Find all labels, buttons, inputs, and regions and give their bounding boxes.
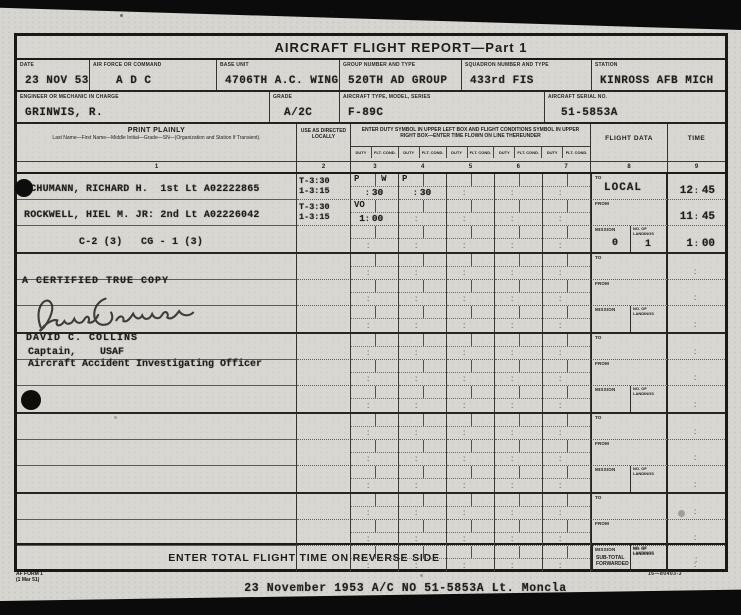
duty-cell <box>399 414 447 440</box>
time-column-header: TIME 9 <box>668 124 725 172</box>
field-date: DATE 23 NOV 53 <box>17 60 90 90</box>
duty-cell <box>495 414 543 440</box>
duty-cell <box>399 306 447 332</box>
group-value: 520TH AD GROUP <box>348 75 447 87</box>
duty-cell <box>543 226 591 252</box>
command-value: A D C <box>116 75 152 87</box>
field-serial-no: AIRCRAFT SERIAL NO. 51-5853A <box>545 92 725 122</box>
flight-data-mission-cell: MISSION NO. OF LANDINGS <box>591 466 668 492</box>
duty-cell <box>447 254 495 280</box>
mission-codes: C-2 (3) CG - 1 (3) <box>79 237 203 248</box>
subtotal-cell: SUB-TOTAL FORWARDED NO. OF LANDINGS <box>591 545 668 571</box>
landings-value: 1 <box>645 239 651 250</box>
local-cell: T-3:301-3:15 <box>297 174 351 200</box>
duty-cell <box>495 280 543 306</box>
local-cell <box>297 414 351 440</box>
crew-name-1: SCHUMANN, RICHARD H. 1st Lt A02222865 <box>24 184 260 195</box>
col-number-6: 6 <box>494 164 542 170</box>
duty-cell <box>495 440 543 466</box>
col-number-7: 7 <box>542 164 590 170</box>
duty-cell: P30 <box>399 174 447 200</box>
local-cell <box>297 306 351 332</box>
local-cell: T-3:301-3:15 <box>297 200 351 226</box>
duty-cell <box>351 386 399 412</box>
duty-cell <box>447 174 495 200</box>
field-group: GROUP NUMBER AND TYPE 520TH AD GROUP <box>340 60 462 90</box>
field-command: AIR FORCE OR COMMAND A D C <box>90 60 217 90</box>
duty-cell <box>495 306 543 332</box>
table-row: TO <box>17 414 725 440</box>
duty-cell <box>543 466 591 492</box>
local-column-header: USE AS DIRECTED LOCALLY 2 <box>297 124 351 172</box>
field-engineer: ENGINEER OR MECHANIC IN CHARGE GRINWIS, … <box>17 92 270 122</box>
ink-blot <box>15 179 33 197</box>
flight-data-mission-cell: MISSION NO. OF LANDINGS <box>591 386 668 412</box>
duty-cell <box>543 494 591 520</box>
duty-cond-subheader: DUTYFLT. COND. DUTYFLT. COND. DUTYFLT. C… <box>351 146 590 158</box>
col-number-9: 9 <box>668 164 725 170</box>
form-title-bar: AIRCRAFT FLIGHT REPORT—Part 1 <box>17 36 725 60</box>
header-field-row-2: ENGINEER OR MECHANIC IN CHARGE GRINWIS, … <box>17 92 725 124</box>
duty-cell <box>447 386 495 412</box>
duty-cell <box>351 414 399 440</box>
duty-cell <box>543 280 591 306</box>
mission-value: 0 <box>612 238 618 249</box>
duty-cell <box>447 306 495 332</box>
name-cell <box>17 440 297 466</box>
duty-cell <box>543 254 591 280</box>
time-cell <box>668 414 725 440</box>
duty-cell <box>351 226 399 252</box>
time-cell <box>668 280 725 306</box>
local-cell <box>297 386 351 412</box>
table-row: ROCKWELL, HIEL M. JR: 2nd Lt A02226042 T… <box>17 200 725 226</box>
duty-cell <box>399 226 447 252</box>
engineer-value: GRINWIS, R. <box>25 107 103 119</box>
col-number-4: 4 <box>399 164 447 170</box>
time-cell <box>668 494 725 520</box>
crew-name-2: ROCKWELL, HIEL M. JR: 2nd Lt A02226042 <box>24 210 260 221</box>
col-number-5: 5 <box>447 164 495 170</box>
table-row: TO <box>17 494 725 520</box>
names-column-header: PRINT PLAINLY Last Name—First Name—Middl… <box>17 124 297 172</box>
local-cell <box>297 466 351 492</box>
flight-data-from-cell: FROM <box>591 360 668 386</box>
field-grade: GRADE A/2C <box>270 92 340 122</box>
signature <box>29 285 220 336</box>
scan-border-top <box>0 0 741 30</box>
duty-cell <box>447 226 495 252</box>
time-cell <box>668 334 725 360</box>
duty-cell <box>543 520 591 546</box>
flight-block-1: SCHUMANN, RICHARD H. 1st Lt A02222865 T-… <box>17 174 725 252</box>
name-cell: ROCKWELL, HIEL M. JR: 2nd Lt A02226042 <box>17 200 297 226</box>
table-row: C-2 (3) CG - 1 (3) MISSION0 NO. OF LANDI… <box>17 226 725 252</box>
subtotal-time-cell <box>668 545 725 571</box>
certifier-rank: Captain, USAF <box>28 347 124 358</box>
duty-cell <box>543 174 591 200</box>
duty-cell <box>399 386 447 412</box>
name-cell <box>17 386 297 412</box>
duty-cell <box>399 254 447 280</box>
local-cell <box>297 334 351 360</box>
print-code: 16—80403-3 <box>648 571 682 577</box>
local-cell <box>297 440 351 466</box>
field-aircraft-type: AIRCRAFT TYPE, MODEL, SERIES F-89C <box>340 92 545 122</box>
field-base-unit: BASE UNIT 4706TH A.C. WING <box>217 60 340 90</box>
certifier-role: Aircraft Accident Investigating Officer <box>28 359 262 370</box>
table-row: MISSION NO. OF LANDINGS <box>17 386 725 412</box>
duty-cell <box>447 520 495 546</box>
name-cell: SCHUMANN, RICHARD H. 1st Lt A02222865 <box>17 174 297 200</box>
squadron-value: 433rd FIS <box>470 75 534 87</box>
time-cell <box>668 360 725 386</box>
duty-cell <box>543 414 591 440</box>
base-unit-value: 4706TH A.C. WING <box>225 75 339 87</box>
time-cell <box>668 466 725 492</box>
local-cell <box>297 494 351 520</box>
local-cell <box>297 360 351 386</box>
time-cell <box>668 520 725 546</box>
station-value: KINROSS AFB MICH <box>600 75 714 87</box>
aircraft-type-value: F-89C <box>348 107 384 119</box>
duty-cell <box>543 386 591 412</box>
flight-data-column-header: FLIGHT DATA 8 <box>591 124 668 172</box>
duty-cell <box>447 440 495 466</box>
local-cell <box>297 520 351 546</box>
duty-cell <box>543 334 591 360</box>
certification-block: A CERTIFIED TRUE COPY DAVID C. COLLINS C… <box>22 276 302 287</box>
duty-cell <box>447 334 495 360</box>
serial-no-value: 51-5853A <box>561 107 618 119</box>
certified-true-copy: A CERTIFIED TRUE COPY <box>22 276 302 287</box>
certifier-name: DAVID C. COLLINS <box>26 333 138 344</box>
to-value: LOCAL <box>604 182 642 194</box>
subtotal-label: SUB-TOTAL FORWARDED <box>596 556 634 567</box>
flight-data-mission-cell: MISSION0 NO. OF LANDINGS1 <box>591 226 668 252</box>
field-squadron: SQUADRON NUMBER AND TYPE 433rd FIS <box>462 60 592 90</box>
time-cell <box>668 386 725 412</box>
flight-data-from-cell: FROM <box>591 440 668 466</box>
grade-value: A/2C <box>284 107 312 119</box>
duty-cell <box>351 494 399 520</box>
duty-cell <box>447 414 495 440</box>
duty-cell <box>399 360 447 386</box>
flight-data-to-cell: TOLOCAL <box>591 174 668 200</box>
duty-cell <box>447 280 495 306</box>
duty-cell: VO100 <box>351 200 399 226</box>
duty-cell <box>351 254 399 280</box>
duty-cell <box>351 360 399 386</box>
duty-cell <box>543 360 591 386</box>
name-cell <box>17 414 297 440</box>
duty-cell <box>399 200 447 226</box>
duty-cell <box>351 280 399 306</box>
duty-cell <box>351 306 399 332</box>
time-cell <box>668 306 725 332</box>
name-cell: C-2 (3) CG - 1 (3) <box>17 226 297 252</box>
scanned-document: AIRCRAFT FLIGHT REPORT—Part 1 DATE 23 NO… <box>0 0 741 615</box>
time-cell: 1145 <box>668 200 725 226</box>
duty-cell <box>447 466 495 492</box>
duty-cell <box>495 520 543 546</box>
col-number-2: 2 <box>297 164 350 170</box>
name-cell <box>17 466 297 492</box>
duty-cell: PW30 <box>351 174 399 200</box>
scan-speck <box>120 14 123 17</box>
name-cell <box>17 520 297 546</box>
table-row: FROM <box>17 440 725 466</box>
duty-cell <box>447 494 495 520</box>
duty-cell <box>495 254 543 280</box>
duty-cell <box>495 360 543 386</box>
banner-row: ENTER TOTAL FLIGHT TIME ON REVERSE SIDE … <box>17 543 725 571</box>
duty-cell <box>495 466 543 492</box>
flight-data-from-cell: FROM <box>591 200 668 226</box>
duty-cell <box>351 440 399 466</box>
field-station: STATION KINROSS AFB MICH <box>592 60 725 90</box>
time-cell <box>668 440 725 466</box>
flight-data-to-cell: TO <box>591 414 668 440</box>
col-number-8: 8 <box>591 164 667 170</box>
flight-data-to-cell: TO <box>591 334 668 360</box>
header-field-row-1: DATE 23 NOV 53 AIR FORCE OR COMMAND A D … <box>17 60 725 92</box>
time-cell: 1245 <box>668 174 725 200</box>
duty-cell <box>447 200 495 226</box>
hole-punch <box>21 390 41 410</box>
flight-data-mission-cell: MISSION NO. OF LANDINGS <box>591 306 668 332</box>
flight-block-3: TO FROM <box>17 332 725 412</box>
table-row: MISSION NO. OF LANDINGS <box>17 466 725 492</box>
duty-cell <box>351 334 399 360</box>
duty-cell <box>495 174 543 200</box>
duty-cell <box>399 520 447 546</box>
duty-cell <box>543 306 591 332</box>
duty-cell <box>399 440 447 466</box>
date-value: 23 NOV 53 <box>25 75 89 87</box>
duty-cell <box>495 334 543 360</box>
col-number-3: 3 <box>351 164 399 170</box>
local-cell <box>297 280 351 306</box>
duty-cell <box>495 494 543 520</box>
flight-data-from-cell: FROM <box>591 280 668 306</box>
duty-cell <box>351 520 399 546</box>
flight-data-from-cell: FROM <box>591 520 668 546</box>
duty-cell <box>543 440 591 466</box>
reverse-side-banner: ENTER TOTAL FLIGHT TIME ON REVERSE SIDE <box>17 545 591 571</box>
time-cell <box>668 254 725 280</box>
duty-cell <box>495 386 543 412</box>
table-row: SCHUMANN, RICHARD H. 1st Lt A02222865 T-… <box>17 174 725 200</box>
flight-block-4: TO FROM <box>17 412 725 492</box>
flight-data-to-cell: TO <box>591 254 668 280</box>
local-cell <box>297 226 351 252</box>
name-cell <box>17 494 297 520</box>
duty-cell <box>447 360 495 386</box>
col-number-1: 1 <box>17 164 296 170</box>
duty-cell <box>351 466 399 492</box>
form-title: AIRCRAFT FLIGHT REPORT—Part 1 <box>215 40 528 55</box>
duty-cell <box>399 466 447 492</box>
flight-data-to-cell: TO <box>591 494 668 520</box>
duty-columns-header: ENTER DUTY SYMBOL IN UPPER LEFT BOX AND … <box>351 124 591 172</box>
duty-cell <box>495 200 543 226</box>
duty-cell <box>543 200 591 226</box>
duty-cell <box>399 494 447 520</box>
time-cell: 100 <box>668 226 725 252</box>
table-row: FROM <box>17 520 725 546</box>
duty-cell <box>399 280 447 306</box>
local-cell <box>297 254 351 280</box>
duty-cell <box>495 226 543 252</box>
duty-cell <box>399 334 447 360</box>
table-header: PRINT PLAINLY Last Name—First Name—Middl… <box>17 124 725 174</box>
photo-caption: 23 November 1953 A/C NO 51-5853A Lt. Mon… <box>0 582 741 595</box>
